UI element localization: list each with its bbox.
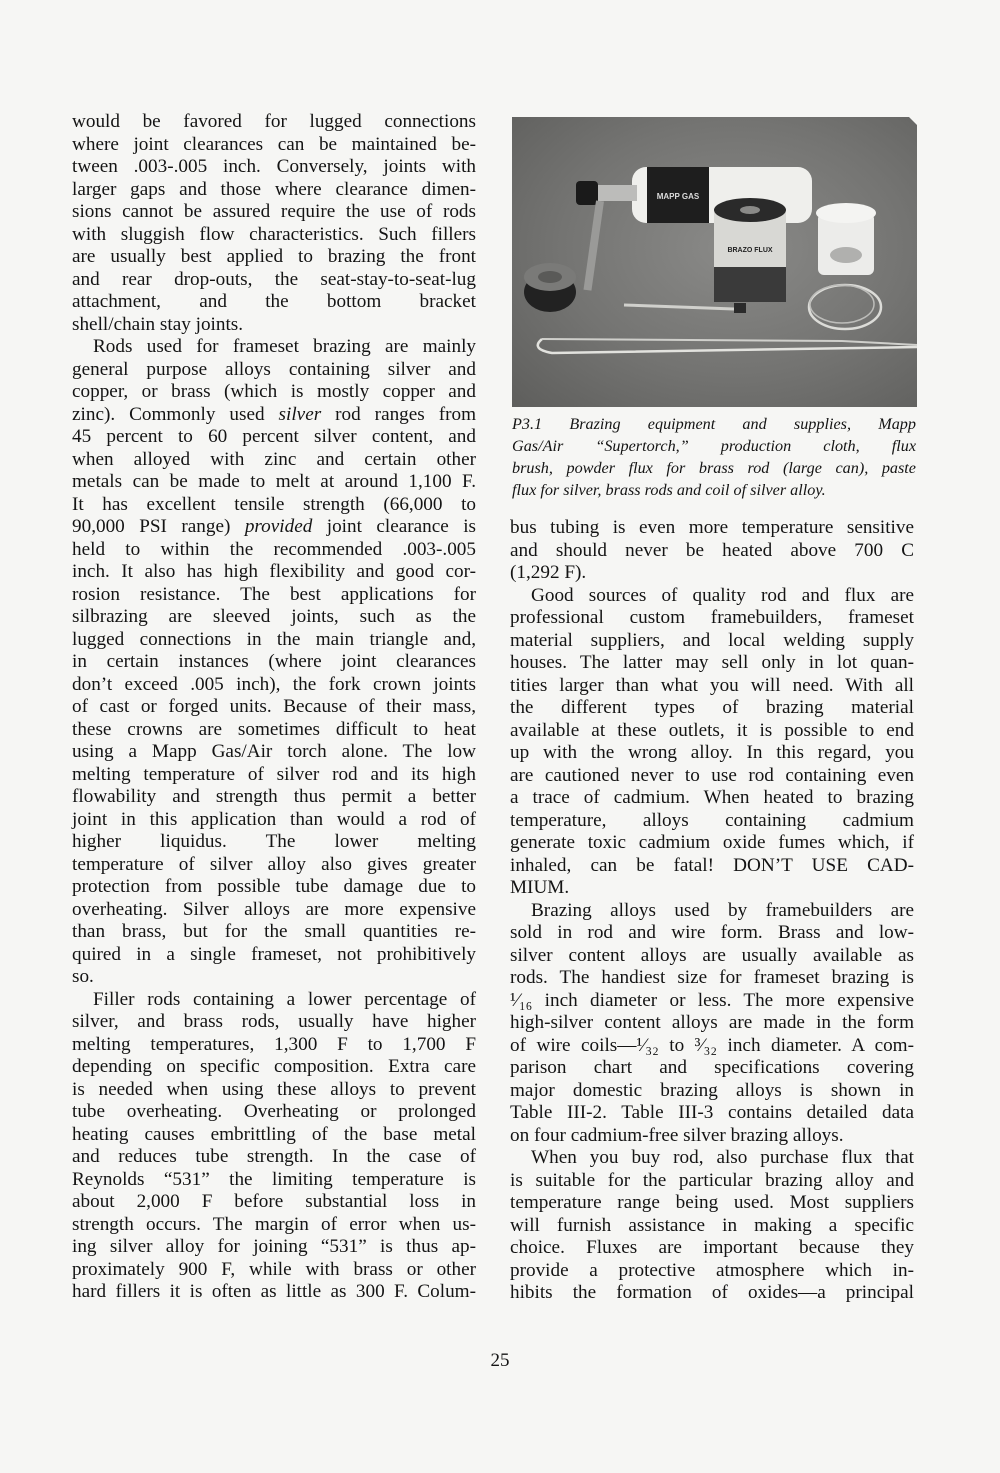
text-line: when alloyed with zinc and certain other — [72, 449, 476, 472]
figure-photo: MAPP GAS BRAZO FLUX — [512, 117, 917, 407]
text-line: inhaled, can be fatal! DON’T USE CAD- — [510, 855, 914, 878]
text-line: of cast or forged units. Because of thei… — [72, 696, 476, 719]
text-line: available at these outlets, it is possib… — [510, 720, 914, 743]
text-line: and should never be heated above 700 C — [510, 540, 914, 563]
text-line: flowability and strength thus permit a b… — [72, 786, 476, 809]
text-run: 90,000 PSI range) — [72, 516, 245, 537]
text-line: silver content alloys are usually availa… — [510, 945, 914, 968]
paragraph-start: Rods used for frameset brazing are mainl… — [72, 336, 476, 359]
text-line: than brass, but for the small quantities… — [72, 921, 476, 944]
text-line: material suppliers, and local welding su… — [510, 630, 914, 653]
text-line: depending on specific composition. Extra… — [72, 1056, 476, 1079]
text-line: are cautioned never to use rod containin… — [510, 765, 914, 788]
text-line: about 2,000 F before substantial loss in — [72, 1191, 476, 1214]
text-line: hard fillers it is often as little as 30… — [72, 1281, 476, 1304]
torch-label: MAPP GAS — [657, 192, 700, 201]
text-line: temperature, alloys containing cadmium — [510, 810, 914, 833]
emphasis-silver: silver — [279, 404, 322, 425]
text-line: ¹⁄₁₆ inch diameter or less. The more exp… — [510, 990, 914, 1013]
text-line: temperature range being used. Most suppl… — [510, 1192, 914, 1215]
text-line: bus tubing is even more temperature sens… — [510, 517, 914, 540]
text-line: in certain instances (where joint cleara… — [72, 651, 476, 674]
text-line: overheating. Silver alloys are more expe… — [72, 899, 476, 922]
text-line: the different types of brazing material — [510, 697, 914, 720]
text-line: parison chart and specifications coverin… — [510, 1057, 914, 1080]
right-text-column: bus tubing is even more temperature sens… — [510, 517, 914, 1305]
text-line: and rear drop-outs, the seat-stay-to-sea… — [72, 269, 476, 292]
text-line: larger gaps and those where clearance di… — [72, 179, 476, 202]
text-line: so. — [72, 966, 476, 989]
paragraph-start: Brazing alloys used by framebuilders are — [510, 900, 914, 923]
can-label: BRAZO FLUX — [727, 247, 772, 254]
text-line: high-silver content alloys are made in t… — [510, 1012, 914, 1035]
text-line: rods. The handiest size for frameset bra… — [510, 967, 914, 990]
text-line: provide a protective atmosphere which in… — [510, 1260, 914, 1283]
text-line: sold in rod and wire form. Brass and low… — [510, 922, 914, 945]
text-line: tities larger than what you will need. W… — [510, 675, 914, 698]
text-line: will furnish assistance in making a spec… — [510, 1215, 914, 1238]
text-line: using a Mapp Gas/Air torch alone. The lo… — [72, 741, 476, 764]
text-line: Table III-2. Table III-3 contains detail… — [510, 1102, 914, 1125]
text-run: rod ranges from — [321, 404, 476, 425]
text-line: higher liquidus. The lower melting — [72, 831, 476, 854]
paragraph-start: Filler rods containing a lower percentag… — [72, 989, 476, 1012]
text-line: tube overheating. Overheating or prolong… — [72, 1101, 476, 1124]
text-line: proximately 900 F, while with brass or o… — [72, 1259, 476, 1282]
text-line: a trace of cadmium. When heated to brazi… — [510, 787, 914, 810]
figure-caption: P3.1 Brazing equipment and supplies, Map… — [512, 413, 916, 501]
text-line: on four cadmium-free silver brazing allo… — [510, 1125, 914, 1148]
text-line: copper, or brass (which is mostly copper… — [72, 381, 476, 404]
text-line: silbrazing are sleeved joints, such as t… — [72, 606, 476, 629]
left-text-column: would be favored for lugged connections … — [72, 111, 476, 1304]
text-line: don’t exceed .005 inch), the fork crown … — [72, 674, 476, 697]
text-line: of wire coils—¹⁄₃₂ to ³⁄₃₂ inch diameter… — [510, 1035, 914, 1058]
caption-line: Gas/Air “Supertorch,” production cloth, … — [512, 435, 916, 457]
caption-line: brush, powder flux for brass rod (large … — [512, 457, 916, 479]
text-line: It has excellent tensile strength (66,00… — [72, 494, 476, 517]
text-line: 90,000 PSI range) provided joint clearan… — [72, 516, 476, 539]
text-line: protection from possible tube damage due… — [72, 876, 476, 899]
text-line: is needed when using these alloys to pre… — [72, 1079, 476, 1102]
text-line: inch. It also has high flexibility and g… — [72, 561, 476, 584]
text-run: joint clearance is — [312, 516, 476, 537]
text-line: sions cannot be assured require the use … — [72, 201, 476, 224]
text-line: would be favored for lugged connections — [72, 111, 476, 134]
text-line: with sluggish flow characteristics. Such… — [72, 224, 476, 247]
text-line: melting temperatures, 1,300 F to 1,700 F — [72, 1034, 476, 1057]
text-line: professional custom framebuilders, frame… — [510, 607, 914, 630]
text-line: held to within the recommended .003-.005 — [72, 539, 476, 562]
text-line: up with the wrong alloy. In this regard,… — [510, 742, 914, 765]
text-line: 45 percent to 60 percent silver content,… — [72, 426, 476, 449]
text-line: are usually best applied to brazing the … — [72, 246, 476, 269]
caption-line: P3.1 Brazing equipment and supplies, Map… — [512, 413, 916, 435]
text-line: Reynolds “531” the limiting temperature … — [72, 1169, 476, 1192]
text-line: joint in this application than would a r… — [72, 809, 476, 832]
text-line: lugged connections in the main triangle … — [72, 629, 476, 652]
text-line: strength occurs. The margin of error whe… — [72, 1214, 476, 1237]
text-run: zinc). Commonly used — [72, 404, 279, 425]
emphasis-provided: provided — [245, 516, 313, 537]
text-line: these crowns are sometimes difficult to … — [72, 719, 476, 742]
text-line: where joint clearances can be maintained… — [72, 134, 476, 157]
text-line: shell/chain stay joints. — [72, 314, 476, 337]
text-line: temperature of silver alloy also gives g… — [72, 854, 476, 877]
text-line: ing silver alloy for joining “531” is th… — [72, 1236, 476, 1259]
text-line: silver, and brass rods, usually have hig… — [72, 1011, 476, 1034]
text-line: MIUM. — [510, 877, 914, 900]
text-line: hibits the formation of oxides—a princip… — [510, 1282, 914, 1305]
text-line: metals can be made to melt at around 1,1… — [72, 471, 476, 494]
text-line: choice. Fluxes are important because the… — [510, 1237, 914, 1260]
text-line: general purpose alloys containing silver… — [72, 359, 476, 382]
text-line: rosion resistance. The best applications… — [72, 584, 476, 607]
text-line: (1,292 F). — [510, 562, 914, 585]
text-line: attachment, and the bottom bracket — [72, 291, 476, 314]
photo-corner — [907, 117, 917, 127]
text-line: zinc). Commonly used silver rod ranges f… — [72, 404, 476, 427]
text-line: quired in a single frameset, not prohibi… — [72, 944, 476, 967]
paragraph-start: Good sources of quality rod and flux are — [510, 585, 914, 608]
text-line: melting temperature of silver rod and it… — [72, 764, 476, 787]
text-line: houses. The latter may sell only in lot … — [510, 652, 914, 675]
caption-line: flux for silver, brass rods and coil of … — [512, 479, 916, 501]
text-line: and reduces tube strength. In the case o… — [72, 1146, 476, 1169]
text-line: generate toxic cadmium oxide fumes which… — [510, 832, 914, 855]
text-line: major domestic brazing alloys is shown i… — [510, 1080, 914, 1103]
brazing-equipment-image: MAPP GAS BRAZO FLUX — [512, 117, 917, 407]
page-number: 25 — [0, 1350, 1000, 1372]
text-line: is suitable for the particular brazing a… — [510, 1170, 914, 1193]
paragraph-start: When you buy rod, also purchase flux tha… — [510, 1147, 914, 1170]
text-line: tween .003-.005 inch. Conversely, joints… — [72, 156, 476, 179]
text-line: heating causes embrittling of the base m… — [72, 1124, 476, 1147]
